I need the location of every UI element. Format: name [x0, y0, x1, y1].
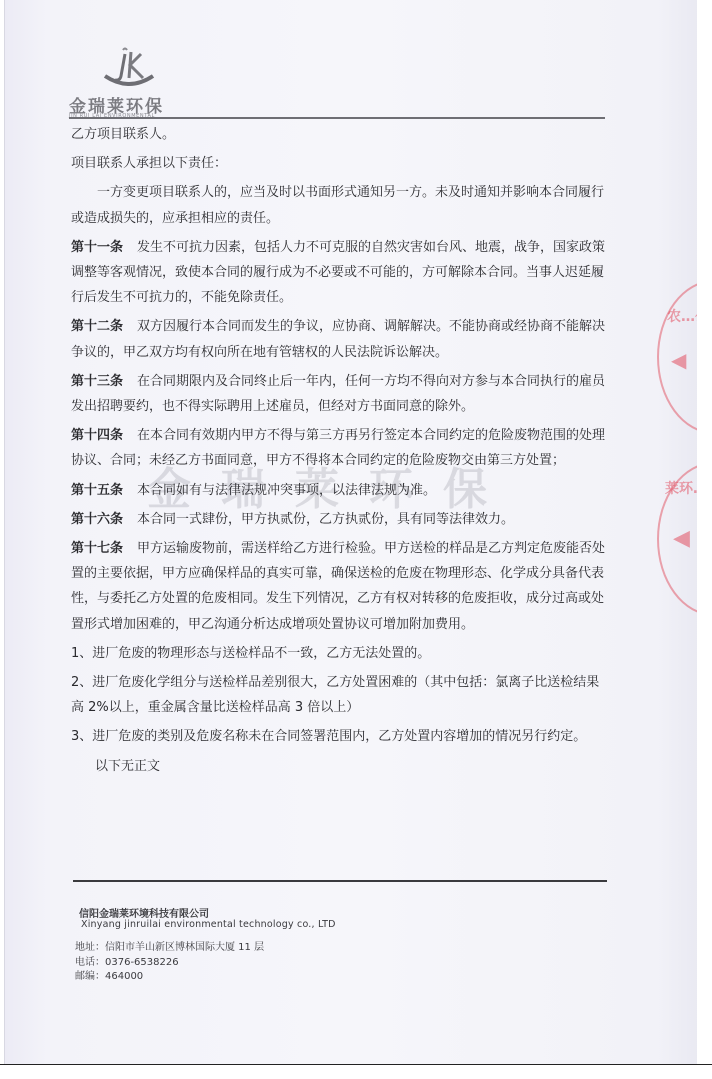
clause-text: 本合同一式肆份，甲方执贰份，乙方执贰份，具有同等法律效力。: [137, 512, 514, 527]
footer-phone: 电话：0376-6538226: [75, 956, 264, 971]
clause-number: 第十七条: [71, 541, 123, 556]
contact-line: 乙方项目联系人。: [71, 122, 611, 147]
logo-mark-icon: [101, 46, 157, 90]
list-item-1: 1、进厂危废的物理形态与送检样品不一致，乙方无法处置的。: [71, 641, 611, 666]
clause-14: 第十四条在本合同有效期内甲方不得与第三方再另行签定本合同约定的危险废物范围的处理…: [71, 423, 611, 473]
clause-number: 第十一条: [71, 240, 123, 255]
seal-star-icon: ◀: [671, 348, 686, 372]
clause-text: 双方因履行本合同而发生的争议，应协商、调解解决。不能协商或经协商不能解决争议的，…: [71, 319, 605, 359]
clause-17: 第十七条甲方运输废物前，需送样给乙方进行检验。甲方送检的样品是乙方判定危废能否处…: [71, 536, 611, 637]
clause-number: 第十六条: [71, 512, 123, 527]
company-logo: 金瑞莱环保 JIN RUI LAI ENVIRONMENTAL: [69, 44, 179, 116]
footer-company-name-cn: 信阳金瑞莱环境科技有限公司: [79, 905, 209, 920]
footer-postcode: 邮编：464000: [75, 970, 264, 985]
clause-text: 在合同期限内及合同终止后一年内，任何一方均不得向对方参与本合同执行的雇员发出招聘…: [71, 374, 605, 414]
clause-text: 甲方运输废物前，需送样给乙方进行检验。甲方送检的样品是乙方判定危废能否处置的主要…: [71, 541, 605, 632]
scan-margin: [697, 0, 712, 1064]
clause-number: 第十四条: [71, 428, 123, 443]
scan-bottom-edge: [0, 1064, 712, 1079]
seal-star-icon: ◀: [673, 526, 690, 551]
clause-text: 在本合同有效期内甲方不得与第三方再另行签定本合同约定的危险废物范围的处理协议、合…: [71, 428, 605, 468]
footer-address: 地址：信阳市羊山新区博林国际大厦 11 层: [75, 941, 264, 956]
end-note: 以下无正文: [71, 754, 611, 779]
clause-text: 发生不可抗力因素，包括人力不可克服的自然灾害如台风、地震，战争，国家政策调整等客…: [71, 240, 605, 305]
footer-contact: 地址：信阳市羊山新区博林国际大厦 11 层 电话：0376-6538226 邮编…: [75, 941, 264, 985]
clause-12: 第十二条双方因履行本合同而发生的争议，应协商、调解解决。不能协商或经协商不能解决…: [71, 314, 611, 364]
contact-change-paragraph: 一方变更项目联系人的，应当及时以书面形式通知另一方。未及时通知并影响本合同履行或…: [71, 180, 611, 230]
clause-text: 本合同如有与法律法规冲突事项，以法律法规为准。: [137, 483, 436, 498]
contract-body: 乙方项目联系人。 项目联系人承担以下责任： 一方变更项目联系人的，应当及时以书面…: [71, 122, 611, 779]
footer-divider: [73, 880, 607, 882]
list-item-2: 2、进厂危废化学组分与送检样品差别很大，乙方处置困难的（其中包括：氯离子比送检结…: [71, 670, 611, 720]
responsibility-heading: 项目联系人承担以下责任：: [71, 151, 611, 176]
clause-11: 第十一条发生不可抗力因素，包括人力不可克服的自然灾害如台风、地震，战争，国家政策…: [71, 235, 611, 311]
clause-15: 第十五条本合同如有与法律法规冲突事项，以法律法规为准。: [71, 478, 611, 503]
header-divider: [69, 117, 605, 119]
list-item-3: 3、进厂危废的类别及危废名称未在合同签署范围内，乙方处置内容增加的情况另行约定。: [71, 724, 611, 749]
scanned-page: 金瑞莱环保 JIN RUI LAI ENVIRONMENTAL 金瑞莱环保 乙方…: [4, 0, 698, 1064]
clause-number: 第十五条: [71, 483, 123, 498]
clause-13: 第十三条在合同期限内及合同终止后一年内，任何一方均不得向对方参与本合同执行的雇员…: [71, 369, 611, 419]
footer-company-name-en: Xinyang jinruilai environmental technolo…: [81, 919, 336, 930]
clause-number: 第十二条: [71, 319, 123, 334]
clause-number: 第十三条: [71, 374, 123, 389]
clause-16: 第十六条本合同一式肆份，甲方执贰份，乙方执贰份，具有同等法律效力。: [71, 507, 611, 532]
